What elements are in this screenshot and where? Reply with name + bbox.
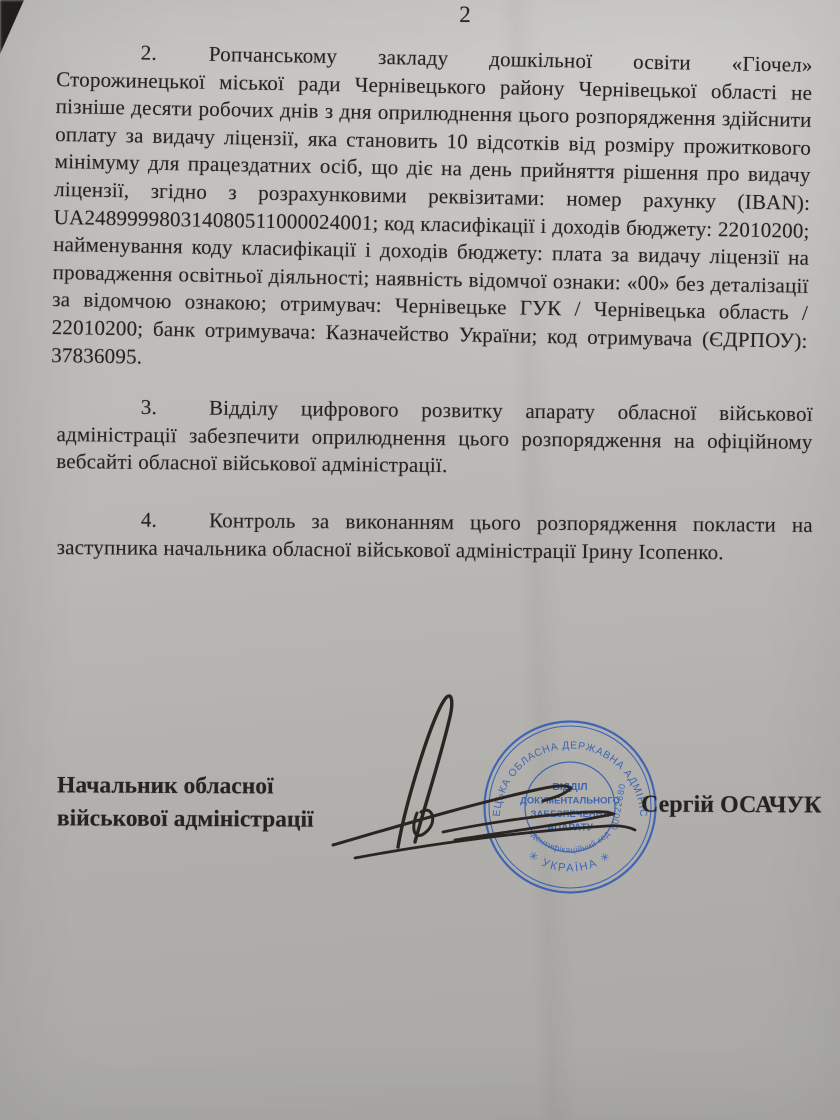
paragraph-3: 3.Відділу цифрового розвитку апарату обл… xyxy=(56,393,813,484)
signer-position-line2: військової адміністрації xyxy=(57,802,314,836)
paragraph-2-gap xyxy=(157,60,209,61)
paragraph-2-number: 2. xyxy=(141,41,158,65)
paragraph-3-gap xyxy=(157,414,209,415)
paragraph-4-text: Контроль за виконанням цього розпоряджен… xyxy=(57,508,813,564)
document-photo: 2 2.Ропчанському закладу дошкільної осві… xyxy=(0,0,840,1120)
signer-position-line1: Начальник обласної xyxy=(57,769,314,803)
signer-name: Сергій ОСАЧУК xyxy=(641,792,822,820)
signature xyxy=(315,685,685,875)
paragraph-3-text: Відділу цифрового розвитку апарату облас… xyxy=(56,396,813,478)
paragraph-4-number: 4. xyxy=(141,508,157,532)
paragraph-2: 2.Ропчанському закладу дошкільної освіти… xyxy=(51,38,813,383)
paragraph-3-number: 3. xyxy=(141,395,157,419)
signer-position-title: Начальник обласної військової адміністра… xyxy=(57,769,314,836)
photo-corner-shadow xyxy=(0,0,30,60)
paragraph-2-text: Ропчанському закладу дошкільної освіти «… xyxy=(51,42,813,368)
document-body: 2.Ропчанському закладу дошкільної освіти… xyxy=(57,38,813,561)
page-number: 2 xyxy=(430,2,500,28)
paragraph-4: 4.Контроль за виконанням цього розпорядж… xyxy=(57,506,813,567)
